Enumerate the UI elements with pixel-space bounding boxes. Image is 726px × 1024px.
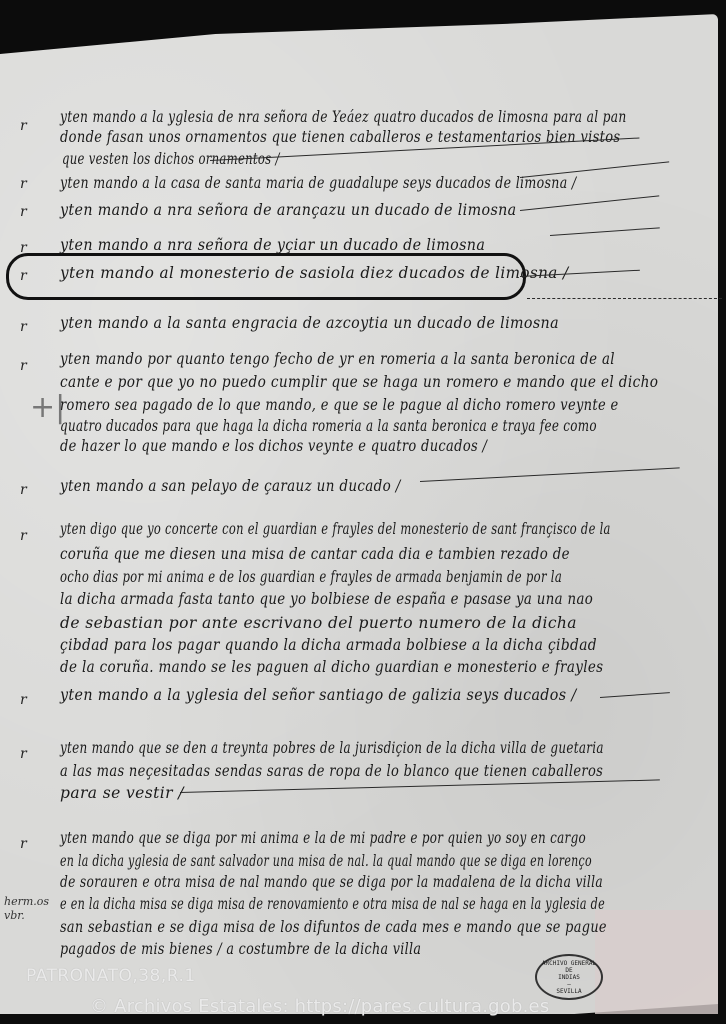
entry-marker: r [20, 692, 27, 708]
entry-line: yten mando a la santa engracia de azcoyt… [60, 314, 559, 332]
entry-line: pagados de mis bienes / a costumbre de l… [60, 940, 421, 958]
entry-line: yten mando a san pelayo de çarauz un duc… [60, 477, 401, 495]
entry-line: de sebastian por ante escrivano del puer… [60, 614, 577, 632]
entry-line: en la dicha yglesia de sant salvador una… [60, 852, 592, 870]
paper-tint-patch [595, 910, 718, 1014]
entry-line: yten mando a la yglesia del señor santia… [60, 686, 577, 704]
entry-line: e en la dicha misa se diga misa de renov… [60, 895, 605, 913]
copyright-watermark: © Archivos Estatales: https://pares.cult… [90, 996, 549, 1017]
entry-line: romero sea pagado de lo que mando, e que… [60, 396, 619, 414]
margin-note-left: herm.os vbr. [4, 895, 49, 923]
entry-line: para se vestir / [60, 784, 184, 802]
entry-line: yten mando por quanto tengo fecho de yr … [60, 350, 615, 368]
entry-line: cante e por que yo no puedo cumplir que … [60, 373, 658, 391]
ruled-guide-line [527, 298, 722, 299]
entry-marker: r [20, 836, 27, 852]
entry-line: yten mando que se den a treynta pobres d… [60, 739, 604, 757]
entry-marker: r [20, 746, 27, 762]
entry-line: coruña que me diesen una misa de cantar … [60, 545, 570, 563]
entry-marker: r [20, 176, 27, 192]
entry-line: yten mando a nra señora de arançazu un d… [60, 201, 517, 219]
entry-line: yten digo que yo concerte con el guardia… [60, 520, 611, 538]
entry-marker: r [20, 528, 27, 544]
entry-line: a las mas neçesitadas sendas saras de ro… [60, 762, 603, 780]
entry-line: de hazer lo que mando e los dichos veynt… [60, 437, 487, 455]
entry-marker: r [20, 482, 27, 498]
entry-line: çibdad para los pagar quando la dicha ar… [60, 636, 597, 654]
entry-line: ocho dias por mi anima e de los guardian… [60, 568, 562, 586]
archive-reference-watermark: PATRONATO,38,R.1 [26, 966, 196, 986]
entry-line: de sorauren e otra misa de nal mando que… [60, 873, 603, 891]
entry-marker: r [20, 118, 27, 134]
entry-line: yten mando que se diga por mi anima e la… [60, 829, 586, 847]
entry-line: san sebastian e se diga misa de los difu… [60, 918, 607, 936]
entry-line: de la coruña. mando se les paguen al dic… [60, 658, 603, 676]
entry-line: yten mando a la casa de santa maria de g… [60, 174, 576, 192]
entry-line: yten mando a la yglesia de nra señora de… [60, 108, 627, 126]
entry-marker: r [20, 204, 27, 220]
entry-marker: r [20, 268, 27, 284]
entry-line: yten mando a nra señora de yçiar un duca… [60, 236, 485, 254]
archive-stamp: ARCHIVO GENERAL DE INDIAS — SEVILLA [535, 954, 603, 1000]
entry-line: yten mando al monesterio de sasiola diez… [60, 264, 568, 282]
entry-line: quatro ducados para que haga la dicha ro… [60, 417, 597, 435]
entry-line: la dicha armada fasta tanto que yo bolbi… [60, 590, 593, 608]
entry-marker: r [20, 358, 27, 374]
entry-marker: r [20, 319, 27, 335]
